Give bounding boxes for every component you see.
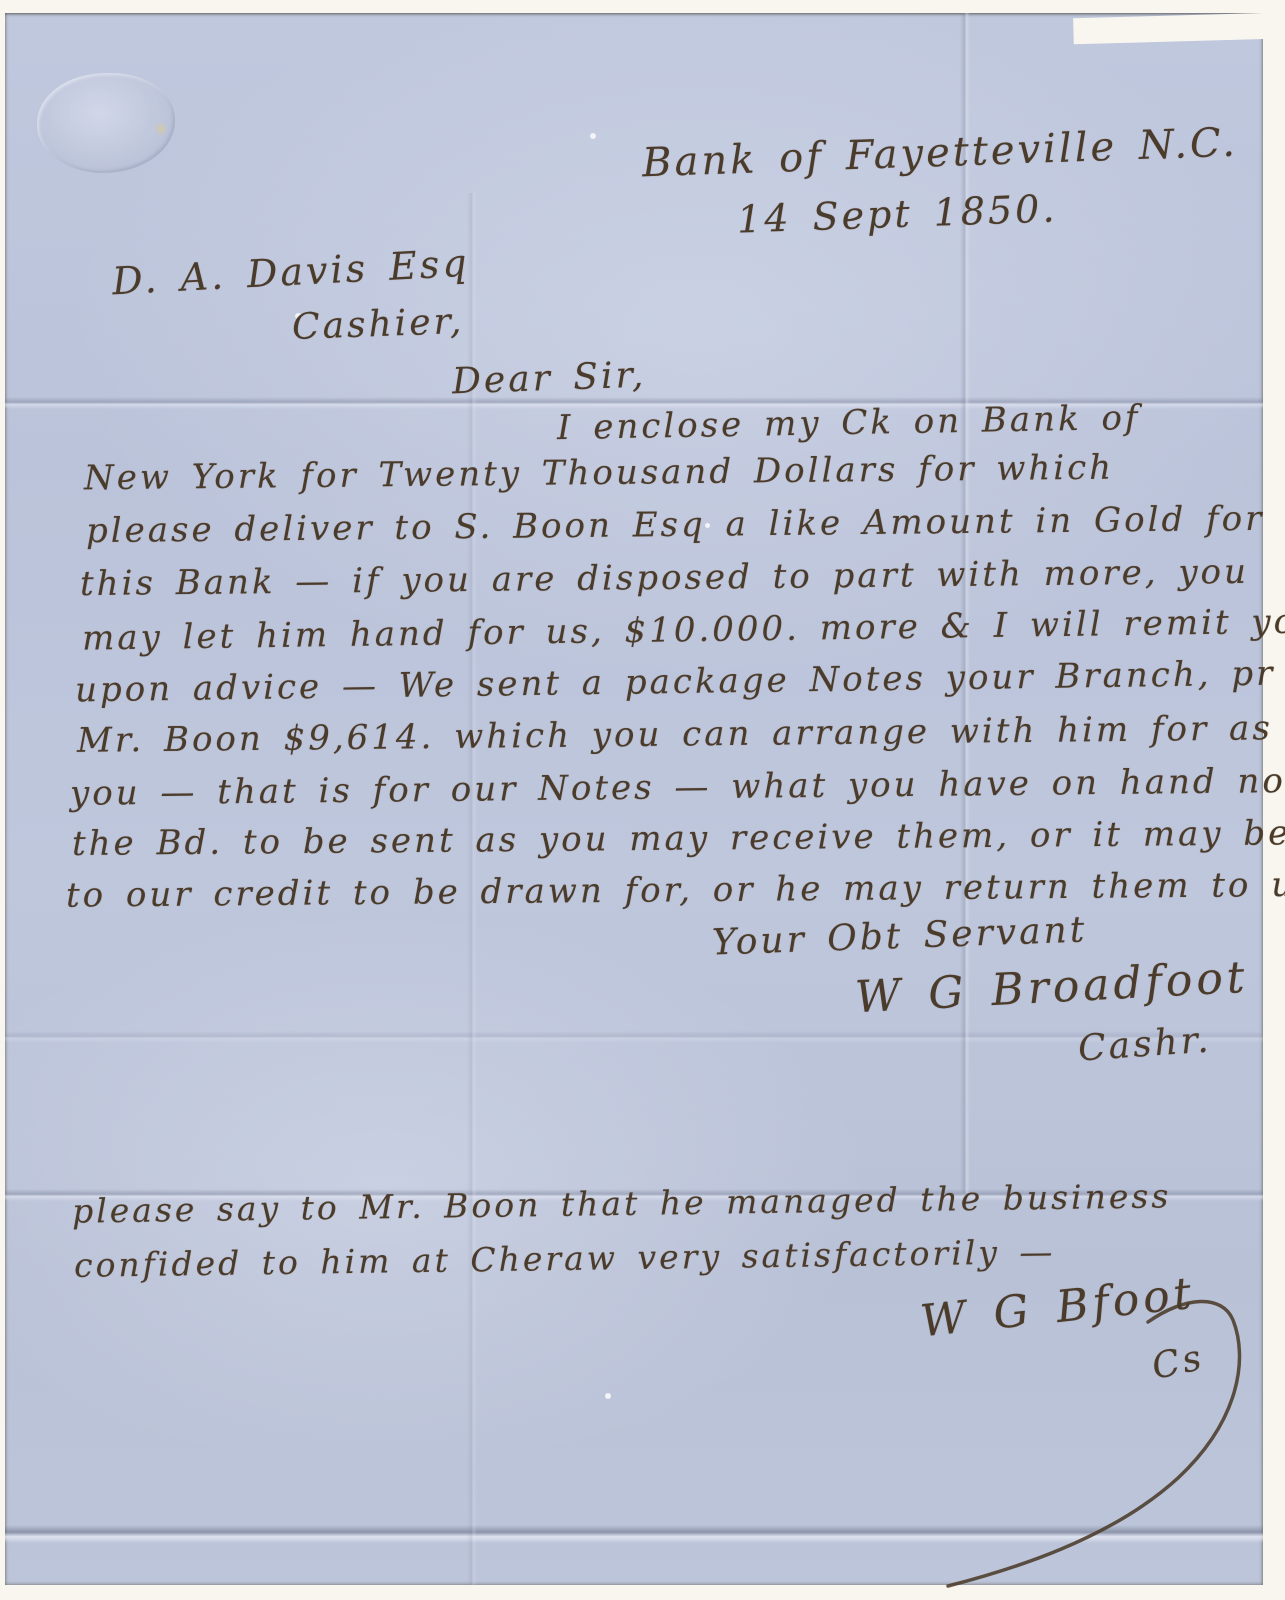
embossed-seal bbox=[37, 73, 175, 173]
salutation: Dear Sir, bbox=[451, 355, 646, 403]
foxing-spot bbox=[155, 121, 167, 137]
horizontal-fold-crease bbox=[5, 1031, 1263, 1043]
paper-fleck bbox=[590, 133, 596, 139]
scanned-letter-page: Bank of Fayetteville N.C. 14 Sept 1850. … bbox=[0, 0, 1285, 1600]
torn-paper-edge bbox=[1073, 13, 1264, 44]
addressee-title: Cashier, bbox=[291, 301, 465, 348]
horizontal-fold-crease bbox=[5, 1525, 1263, 1543]
paper-fleck bbox=[605, 1393, 611, 1399]
